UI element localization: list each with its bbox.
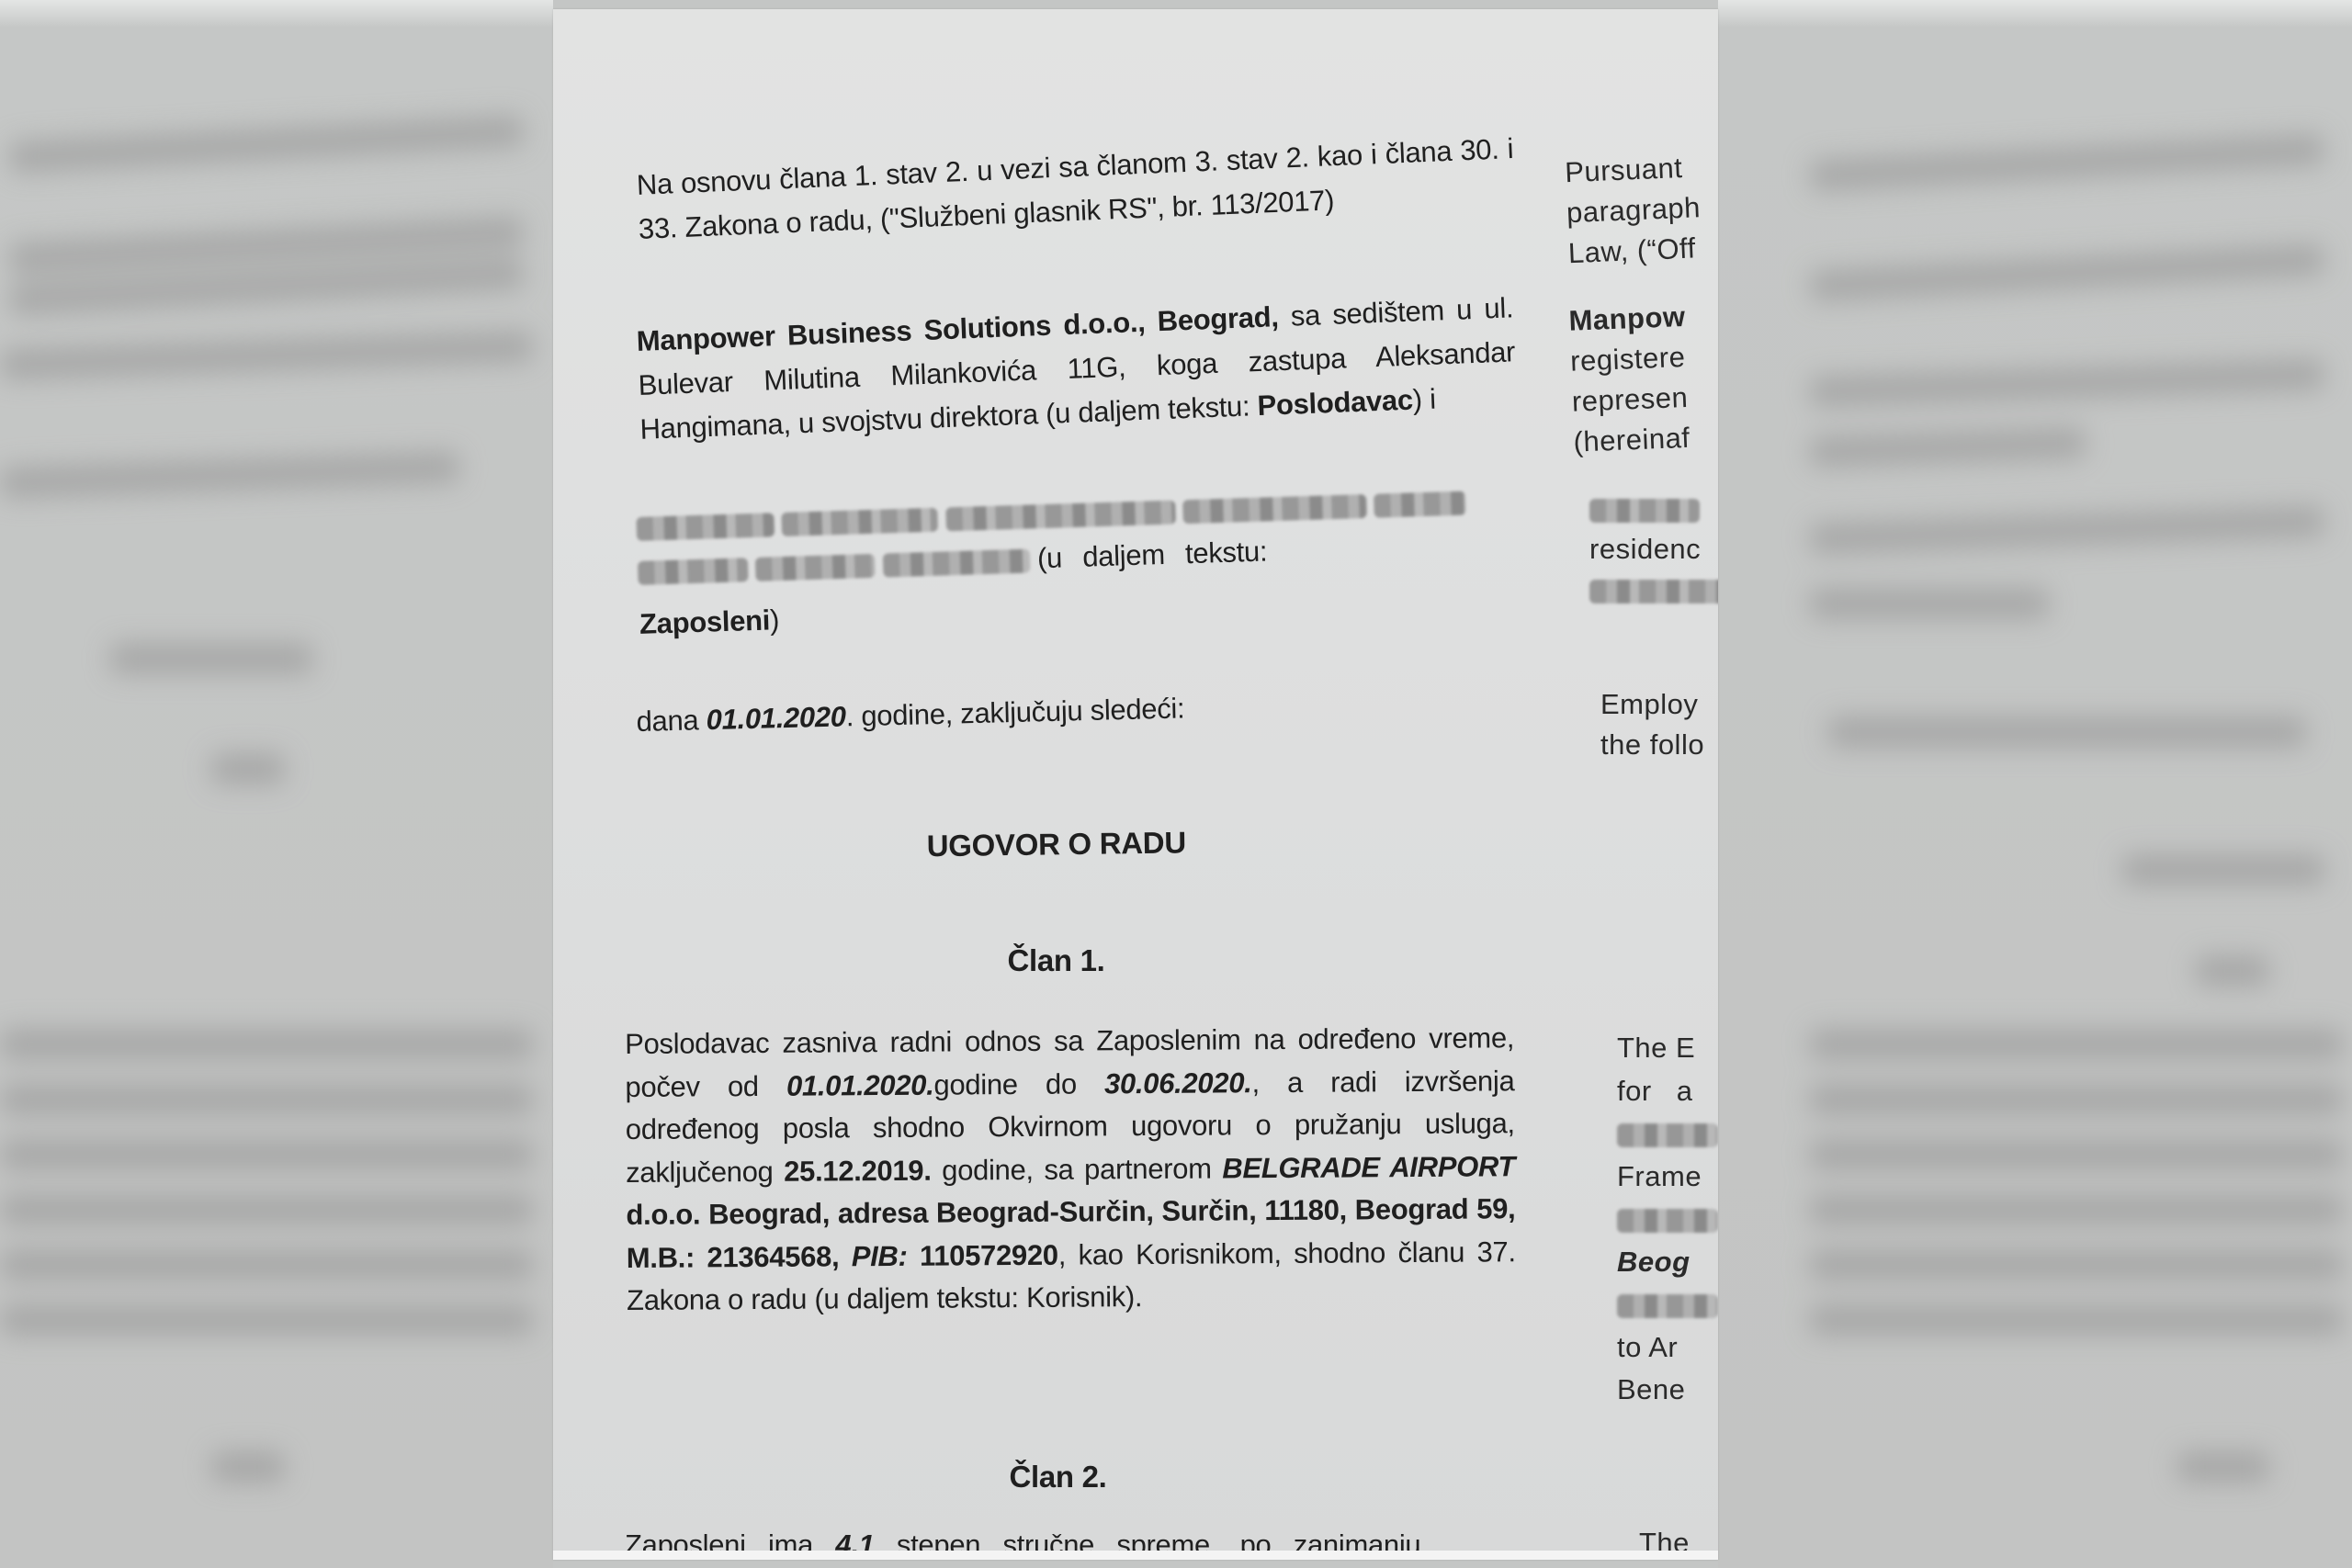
blurred-background-right bbox=[1718, 0, 2352, 1568]
english-line: Manpow bbox=[1568, 290, 1718, 341]
redacted-text bbox=[636, 513, 775, 541]
article-1-text: Poslodavac zasniva radni odnos sa Zaposl… bbox=[625, 1017, 1516, 1322]
article-1-text-part: godine do bbox=[933, 1067, 1104, 1100]
redacted-text bbox=[945, 500, 1176, 531]
redacted-text bbox=[1589, 580, 1718, 604]
english-line: the follo bbox=[1600, 725, 1718, 765]
employee-suffix: ) bbox=[769, 604, 779, 636]
contract-page: Na osnovu člana 1. stav 2. u vezi sa čla… bbox=[553, 9, 1718, 1560]
english-line: The E bbox=[1617, 1027, 1718, 1070]
start-date: 01.01.2020. bbox=[786, 1068, 934, 1101]
english-intro: Pursuant paragraph Law, (“Off bbox=[1564, 141, 1718, 274]
english-line: The bbox=[1639, 1523, 1718, 1560]
english-line: Beog bbox=[1617, 1241, 1718, 1284]
english-line: to Ar bbox=[1617, 1326, 1718, 1370]
english-article-2: The bbox=[1639, 1523, 1718, 1560]
article-1-text-part: godine, sa partnerom bbox=[931, 1152, 1222, 1186]
english-line: Employ bbox=[1600, 684, 1718, 725]
redacted-text bbox=[638, 558, 749, 585]
english-employer: Manpow registere represen (hereinaf bbox=[1568, 290, 1718, 462]
redacted-text bbox=[1617, 1123, 1718, 1147]
intro-text: Na osnovu člana 1. stav 2. u vezi sa čla… bbox=[636, 132, 1514, 245]
english-employee: residenc bbox=[1589, 489, 1718, 610]
redacted-text bbox=[1182, 494, 1367, 524]
date-prefix: dana bbox=[636, 704, 707, 738]
document-title: UGOVOR O RADU bbox=[617, 817, 1496, 873]
end-date: 30.06.2020. bbox=[1104, 1066, 1252, 1100]
employer-paragraph: Manpower Business Solutions d.o.o., Beog… bbox=[636, 286, 1518, 452]
employee-note: (u daljem tekstu: bbox=[1036, 535, 1267, 574]
employee-paragraph: (u daljem tekstu: Zaposleni) bbox=[636, 478, 1517, 647]
article-2-text-part: Zaposleni ima bbox=[625, 1529, 835, 1560]
english-article-1: The E for a Frame Beog to Ar Bene bbox=[1617, 1027, 1718, 1412]
redacted-text bbox=[1589, 499, 1700, 523]
partner-name: BELGRADE AIRPORT bbox=[1222, 1150, 1515, 1184]
redacted-text bbox=[1617, 1294, 1718, 1318]
employer-short-name: Poslodavac bbox=[1257, 384, 1414, 422]
article-2-heading: Član 2. bbox=[619, 1455, 1497, 1499]
date-suffix: . godine, zaključuju sledeći: bbox=[845, 692, 1184, 732]
blurred-background-left bbox=[0, 0, 553, 1568]
article-2-text: Zaposleni ima 4.1 stepen stručne spreme,… bbox=[625, 1523, 1514, 1560]
pib-label: PIB: bbox=[852, 1239, 908, 1271]
framework-contract-date: 25.12.2019. bbox=[784, 1154, 932, 1187]
employee-short-name: Zaposleni bbox=[639, 604, 771, 639]
english-line: Bene bbox=[1617, 1369, 1718, 1412]
date-line: dana 01.01.2020. godine, zaključuju sled… bbox=[636, 679, 1514, 744]
contract-date: 01.01.2020 bbox=[706, 700, 846, 736]
english-line: residenc bbox=[1589, 529, 1718, 570]
redacted-text bbox=[882, 548, 1030, 577]
redacted-text bbox=[755, 554, 876, 581]
english-date-line: Employ the follo bbox=[1600, 684, 1718, 765]
redacted-text bbox=[782, 507, 939, 536]
redacted-text bbox=[1617, 1209, 1718, 1233]
pib-number: 110572920 bbox=[907, 1238, 1057, 1271]
education-degree: 4.1 bbox=[835, 1529, 874, 1560]
intro-paragraph: Na osnovu člana 1. stav 2. u vezi sa čla… bbox=[636, 127, 1516, 252]
english-line: for a bbox=[1617, 1070, 1718, 1113]
article-1-heading: Član 1. bbox=[617, 939, 1495, 983]
english-line: Frame bbox=[1617, 1156, 1718, 1199]
redacted-text bbox=[1374, 491, 1466, 517]
employer-suffix: ) i bbox=[1412, 383, 1436, 416]
article-2-text-part: stepen stručne spreme, po zanimanju bbox=[875, 1529, 1421, 1560]
english-line: Pursuant bbox=[1564, 141, 1718, 194]
